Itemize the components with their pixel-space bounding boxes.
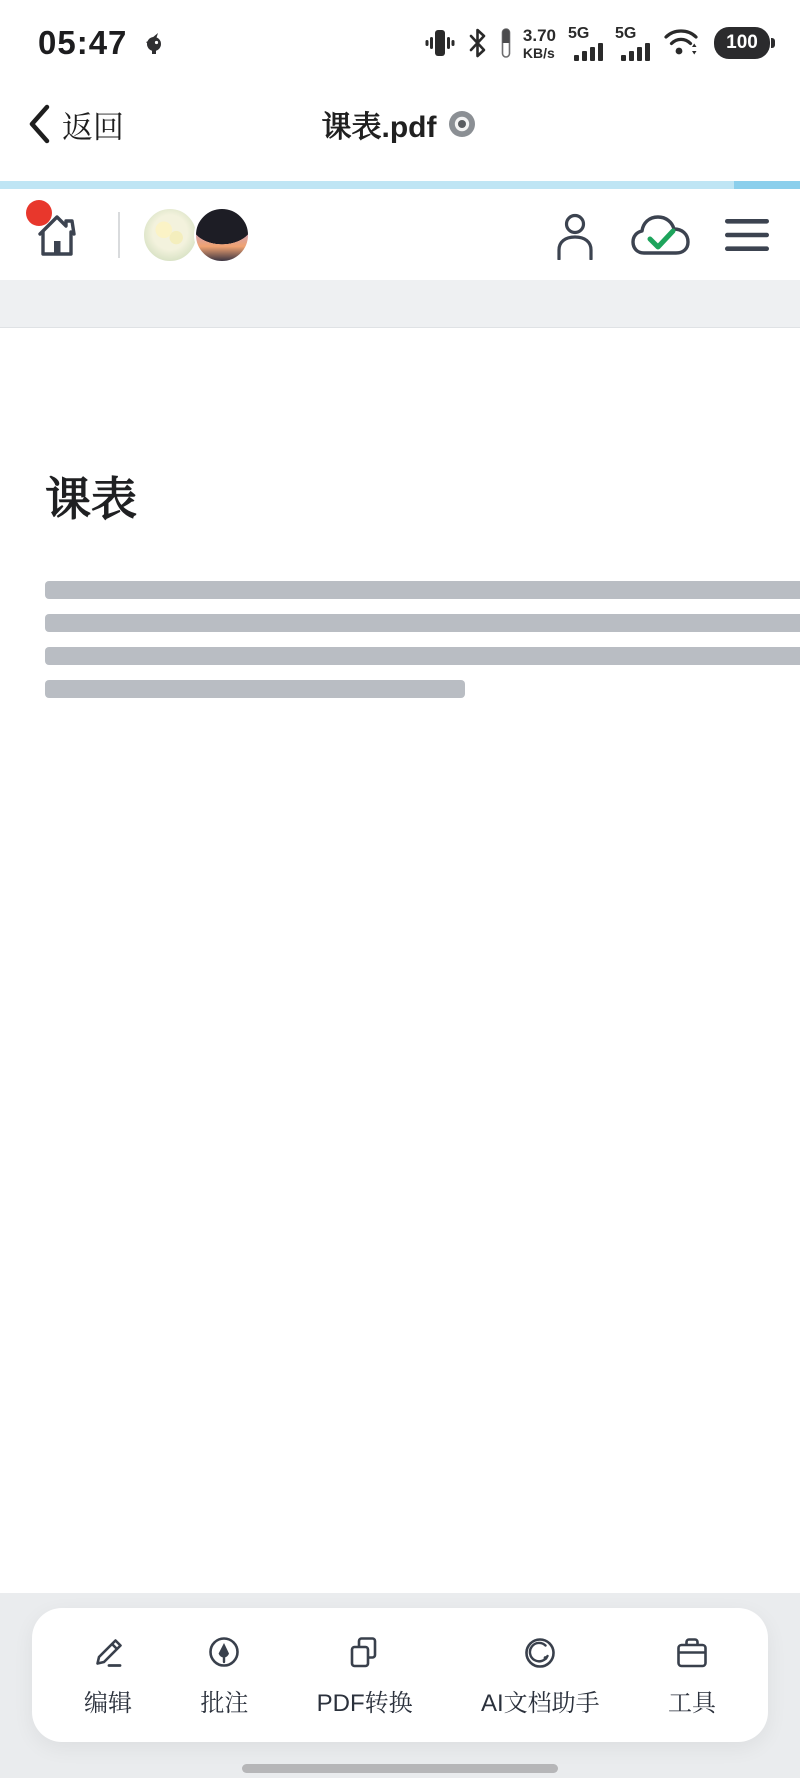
- page-gap: [0, 280, 800, 328]
- signal-bars-icon: [574, 43, 603, 61]
- sim2-signal: 5G: [615, 26, 650, 61]
- network-speed: 3.70 KB/s: [523, 27, 556, 60]
- divider: [118, 212, 120, 258]
- clock: 05:47: [38, 24, 127, 62]
- bottom-toolbar: 编辑 批注 PDF转换: [32, 1608, 768, 1742]
- annotate-button[interactable]: 批注: [200, 1633, 248, 1718]
- edit-button[interactable]: 编辑: [84, 1633, 132, 1718]
- annotate-pen-icon: [204, 1633, 244, 1673]
- tools-box-icon: [672, 1633, 712, 1673]
- recent-documents-avatars: [142, 207, 250, 263]
- wifi-icon: [662, 26, 702, 60]
- document-title-bar: 课表.pdf: [0, 102, 800, 146]
- read-progress-bar: [0, 181, 800, 189]
- redacted-text-line: [45, 614, 800, 632]
- edit-pencil-icon: [88, 1633, 128, 1673]
- pdf-convert-button[interactable]: PDF转换: [317, 1633, 413, 1718]
- profile-icon[interactable]: [552, 210, 598, 260]
- ai-doc-assistant-icon: [520, 1633, 560, 1673]
- view-count-eye-icon[interactable]: [446, 108, 478, 140]
- notification-bird-icon: [141, 30, 167, 56]
- sim1-signal: 5G: [568, 26, 603, 61]
- status-bar: 05:47: [0, 0, 800, 86]
- phone-screen: 05:47: [0, 0, 800, 1778]
- read-progress-thumb[interactable]: [734, 181, 800, 189]
- redacted-text-line: [45, 680, 465, 698]
- battery-icon: 100: [714, 27, 770, 59]
- cloud-sync-done-icon[interactable]: [630, 211, 692, 259]
- menu-icon[interactable]: [724, 215, 770, 255]
- file-name: 课表.pdf: [322, 102, 437, 146]
- pdf-page: 课表: [0, 329, 800, 1593]
- nav-bar: 返回 课表.pdf: [0, 86, 800, 162]
- ai-doc-assistant-button[interactable]: AI文档助手: [481, 1633, 600, 1718]
- indicator-pill-icon: [501, 27, 511, 59]
- vibrate-icon: [425, 27, 455, 59]
- quick-toolbar: [0, 189, 800, 280]
- signal-bars-icon: [621, 43, 650, 61]
- bluetooth-icon: [467, 27, 489, 59]
- avatar-flowers[interactable]: [142, 207, 198, 263]
- pdf-doc-title: 课表: [45, 463, 137, 529]
- avatar-anime[interactable]: [194, 207, 250, 263]
- pdf-doc-body-redacted: [45, 581, 800, 713]
- redacted-text-line: [45, 647, 800, 665]
- home-button[interactable]: [30, 208, 84, 262]
- tools-button[interactable]: 工具: [668, 1633, 716, 1718]
- home-indicator[interactable]: [242, 1764, 558, 1773]
- redacted-text-line: [45, 581, 800, 599]
- pdf-convert-icon: [345, 1633, 385, 1673]
- notification-red-dot: [26, 200, 52, 226]
